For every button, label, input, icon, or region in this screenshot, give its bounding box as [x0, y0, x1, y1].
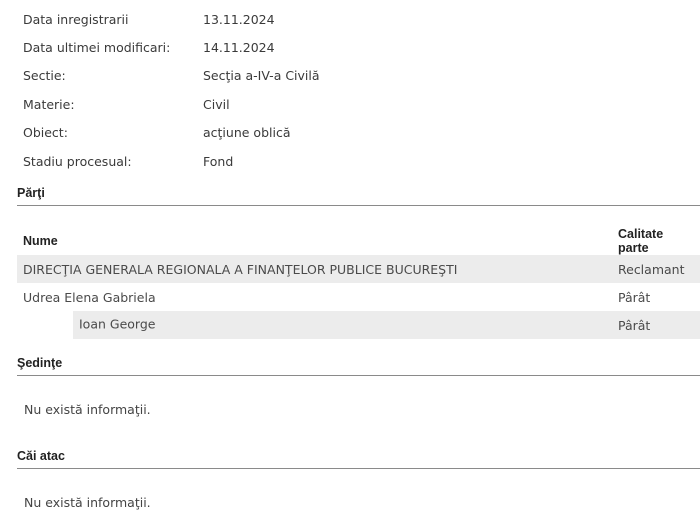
table-row: Ioan George Pârât [17, 311, 700, 339]
section-title-sedinte: Şedinţe [17, 356, 700, 376]
parties-table: Nume Calitate parte DIRECŢIA GENERALA RE… [17, 227, 700, 339]
detail-row-last-modified: Data ultimei modificari: 14.11.2024 [23, 33, 683, 61]
sedinte-empty-text: Nu există informaţii. [24, 402, 151, 417]
detail-value: Fond [203, 154, 683, 169]
detail-value: 14.11.2024 [203, 40, 683, 55]
party-name: Udrea Elena Gabriela [17, 283, 612, 311]
party-name: DIRECŢIA GENERALA REGIONALA A FINANŢELOR… [17, 255, 612, 283]
table-row: Udrea Elena Gabriela Pârât [17, 283, 700, 311]
table-header-row: Nume Calitate parte [17, 227, 700, 255]
detail-value: acţiune oblică [203, 125, 683, 140]
detail-row-matter: Materie: Civil [23, 90, 683, 118]
detail-row-section: Sectie: Secţia a-IV-a Civilă [23, 62, 683, 90]
section-title-parti: Părţi [17, 186, 700, 206]
party-role: Reclamant [612, 255, 700, 283]
party-name: Ioan George [79, 317, 155, 332]
detail-value: 13.11.2024 [203, 12, 683, 27]
detail-label: Data inregistrarii [23, 12, 203, 27]
detail-label: Sectie: [23, 68, 203, 83]
case-details: Data inregistrarii 13.11.2024 Data ultim… [23, 5, 683, 175]
detail-value: Secţia a-IV-a Civilă [203, 68, 683, 83]
column-header-name: Nume [17, 227, 612, 255]
detail-value: Civil [203, 97, 683, 112]
detail-label: Data ultimei modificari: [23, 40, 203, 55]
cai-atac-empty-text: Nu există informaţii. [24, 495, 151, 510]
detail-label: Materie: [23, 97, 203, 112]
party-role: Pârât [612, 283, 700, 311]
column-header-role: Calitate parte [612, 227, 700, 255]
detail-row-object: Obiect: acţiune oblică [23, 119, 683, 147]
detail-row-procedural-stage: Stadiu procesual: Fond [23, 147, 683, 175]
detail-label: Stadiu procesual: [23, 154, 203, 169]
section-title-cai-atac: Căi atac [17, 449, 700, 469]
party-name-cell: Ioan George [17, 311, 612, 339]
detail-label: Obiect: [23, 125, 203, 140]
party-role: Pârât [612, 311, 700, 339]
detail-row-registration-date: Data inregistrarii 13.11.2024 [23, 5, 683, 33]
table-row: DIRECŢIA GENERALA REGIONALA A FINANŢELOR… [17, 255, 700, 283]
redacted-block [17, 311, 73, 339]
